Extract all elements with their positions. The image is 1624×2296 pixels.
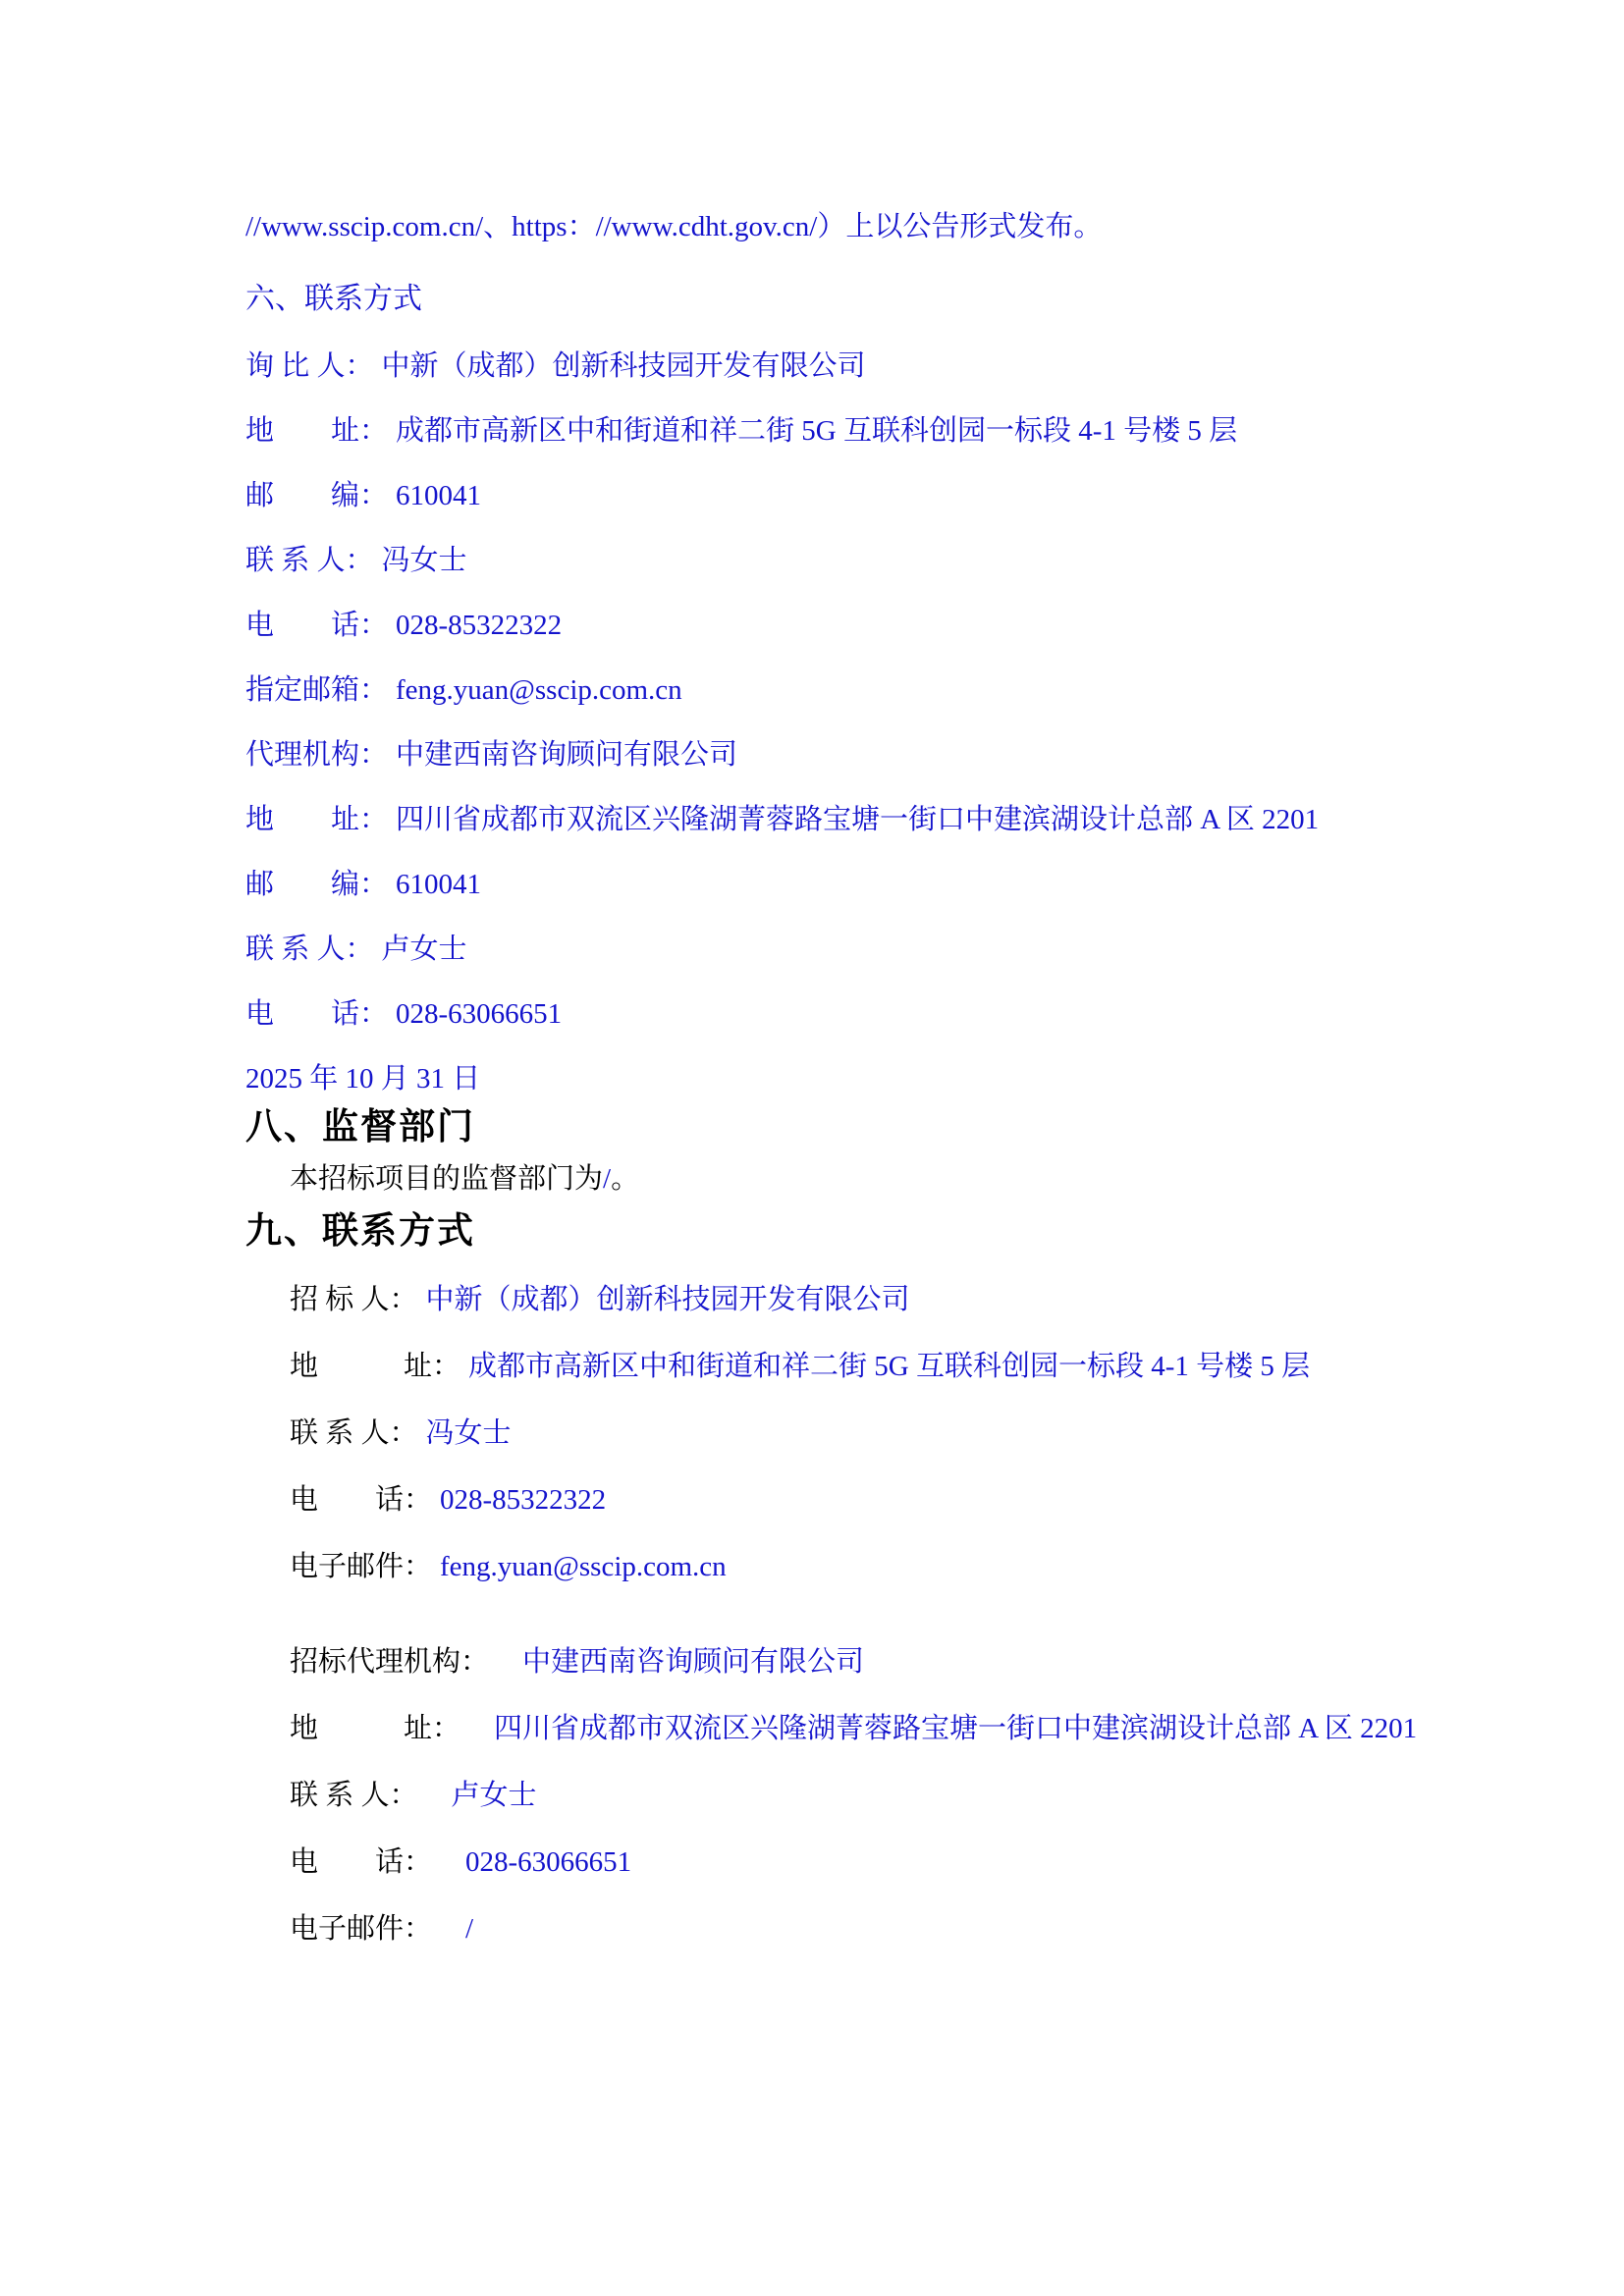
field-label: 联 系 人：	[245, 545, 374, 576]
contact-row-email: 指定邮箱：feng.yuan@sscip.com.cn	[245, 675, 1506, 705]
section-9-heading: 九、联系方式	[245, 1211, 1506, 1251]
contact-row-agency-person: 联 系 人：卢女士	[245, 934, 1506, 964]
field-label: 招 标 人：	[290, 1284, 418, 1315]
contact-row-inquirer: 询 比 人：中新（成都）创新科技园开发有限公司	[245, 351, 1506, 381]
field-label: 邮 编：	[245, 869, 388, 900]
field-value: 冯女士	[418, 1417, 512, 1449]
section-8-heading: 八、监督部门	[245, 1107, 1506, 1147]
field-label: 地 址：	[290, 1713, 460, 1744]
publish-urls-line: //www.sscip.com.cn/、https：//www.cdht.gov…	[245, 212, 1506, 241]
publish-urls-text: //www.sscip.com.cn/、https：//www.cdht.gov…	[245, 211, 1102, 242]
field-label: 联 系 人：	[245, 934, 374, 965]
contact-row-postcode: 邮 编：610041	[245, 481, 1506, 510]
contact-row-address: 地 址：成都市高新区中和街道和祥二街 5G 互联科创园一标段 4-1 号楼 5 …	[245, 416, 1506, 446]
contact-row-person: 联 系 人：冯女士	[245, 546, 1506, 575]
document-page: //www.sscip.com.cn/、https：//www.cdht.gov…	[0, 0, 1624, 2296]
field-value: 中建西南咨询顾问有限公司	[388, 739, 737, 771]
field-value: 028-63066651	[388, 998, 562, 1030]
field-label: 电 话：	[290, 1484, 432, 1516]
agency-phone-row: 电 话：028-63066651	[245, 1847, 1506, 1877]
agency-email-row: 电子邮件：/	[245, 1914, 1506, 1944]
field-value: 610041	[388, 480, 481, 511]
field-label: 电子邮件：	[290, 1551, 432, 1582]
agency-address-row: 地 址：四川省成都市双流区兴隆湖菁蓉路宝塘一街口中建滨湖设计总部 A 区 220…	[245, 1714, 1506, 1743]
contact-row-phone: 电 话：028-85322322	[245, 611, 1506, 640]
field-label: 地 址：	[245, 804, 388, 835]
field-value: 冯女士	[374, 545, 467, 576]
contact-row-agency-postcode: 邮 编：610041	[245, 870, 1506, 899]
field-label: 指定邮箱：	[245, 674, 388, 706]
field-value: /	[432, 1913, 473, 1945]
contact-row-agency-address: 地 址：四川省成都市双流区兴隆湖菁蓉路宝塘一街口中建滨湖设计总部 A 区 220…	[245, 805, 1506, 834]
tenderer-email-row: 电子邮件：feng.yuan@sscip.com.cn	[245, 1552, 1506, 1581]
supervision-period: 。	[611, 1163, 639, 1195]
field-value: 四川省成都市双流区兴隆湖菁蓉路宝塘一街口中建滨湖设计总部 A 区 2201	[460, 1713, 1417, 1744]
field-label: 联 系 人：	[290, 1780, 418, 1811]
field-label: 询 比 人：	[245, 350, 374, 382]
field-label: 代理机构：	[245, 739, 388, 771]
field-value: feng.yuan@sscip.com.cn	[432, 1551, 727, 1582]
field-value: 成都市高新区中和街道和祥二街 5G 互联科创园一标段 4-1 号楼 5 层	[388, 415, 1237, 447]
field-label: 电 话：	[245, 998, 388, 1030]
field-value: 成都市高新区中和街道和祥二街 5G 互联科创园一标段 4-1 号楼 5 层	[460, 1351, 1310, 1382]
agency-person-row: 联 系 人：卢女士	[245, 1781, 1506, 1810]
field-value: feng.yuan@sscip.com.cn	[388, 674, 682, 706]
field-value: 028-85322322	[388, 610, 562, 641]
section-6-contact-block: 询 比 人：中新（成都）创新科技园开发有限公司 地 址：成都市高新区中和街道和祥…	[245, 351, 1506, 1029]
tenderer-address-row: 地 址：成都市高新区中和街道和祥二街 5G 互联科创园一标段 4-1 号楼 5 …	[245, 1352, 1506, 1381]
field-label: 电 话：	[290, 1846, 432, 1878]
contact-row-agency-phone: 电 话：028-63066651	[245, 999, 1506, 1029]
supervision-paragraph: 本招标项目的监督部门为/。	[245, 1164, 1506, 1194]
field-value: 中新（成都）创新科技园开发有限公司	[418, 1284, 910, 1315]
field-value: 028-63066651	[432, 1846, 631, 1878]
section-9-contact-block: 招 标 人：中新（成都）创新科技园开发有限公司 地 址：成都市高新区中和街道和祥…	[245, 1285, 1506, 1944]
supervision-slash: /	[603, 1163, 611, 1195]
tenderer-row: 招 标 人：中新（成都）创新科技园开发有限公司	[245, 1285, 1506, 1314]
agency-row: 招标代理机构：中建西南咨询顾问有限公司	[245, 1647, 1506, 1677]
field-value: 610041	[388, 869, 481, 900]
field-label: 地 址：	[290, 1351, 460, 1382]
date-text: 2025 年 10 月 31 日	[245, 1063, 480, 1095]
field-value: 卢女士	[374, 934, 467, 965]
field-value: 中新（成都）创新科技园开发有限公司	[374, 350, 866, 382]
field-value: 卢女士	[418, 1780, 537, 1811]
field-label: 联 系 人：	[290, 1417, 418, 1449]
field-value: 四川省成都市双流区兴隆湖菁蓉路宝塘一街口中建滨湖设计总部 A 区 2201	[388, 804, 1319, 835]
field-label: 电 话：	[245, 610, 388, 641]
field-label: 电子邮件：	[290, 1913, 432, 1945]
announcement-date: 2025 年 10 月 31 日	[245, 1064, 1506, 1094]
field-label: 邮 编：	[245, 480, 388, 511]
tenderer-phone-row: 电 话：028-85322322	[245, 1485, 1506, 1515]
contact-row-agency: 代理机构：中建西南咨询顾问有限公司	[245, 740, 1506, 770]
tenderer-person-row: 联 系 人：冯女士	[245, 1418, 1506, 1448]
section-6-heading: 六、联系方式	[245, 285, 1506, 314]
field-label: 地 址：	[245, 415, 388, 447]
field-label: 招标代理机构：	[290, 1646, 489, 1678]
field-value: 028-85322322	[432, 1484, 606, 1516]
supervision-text: 本招标项目的监督部门为	[290, 1163, 603, 1195]
field-value: 中建西南咨询顾问有限公司	[489, 1646, 864, 1678]
